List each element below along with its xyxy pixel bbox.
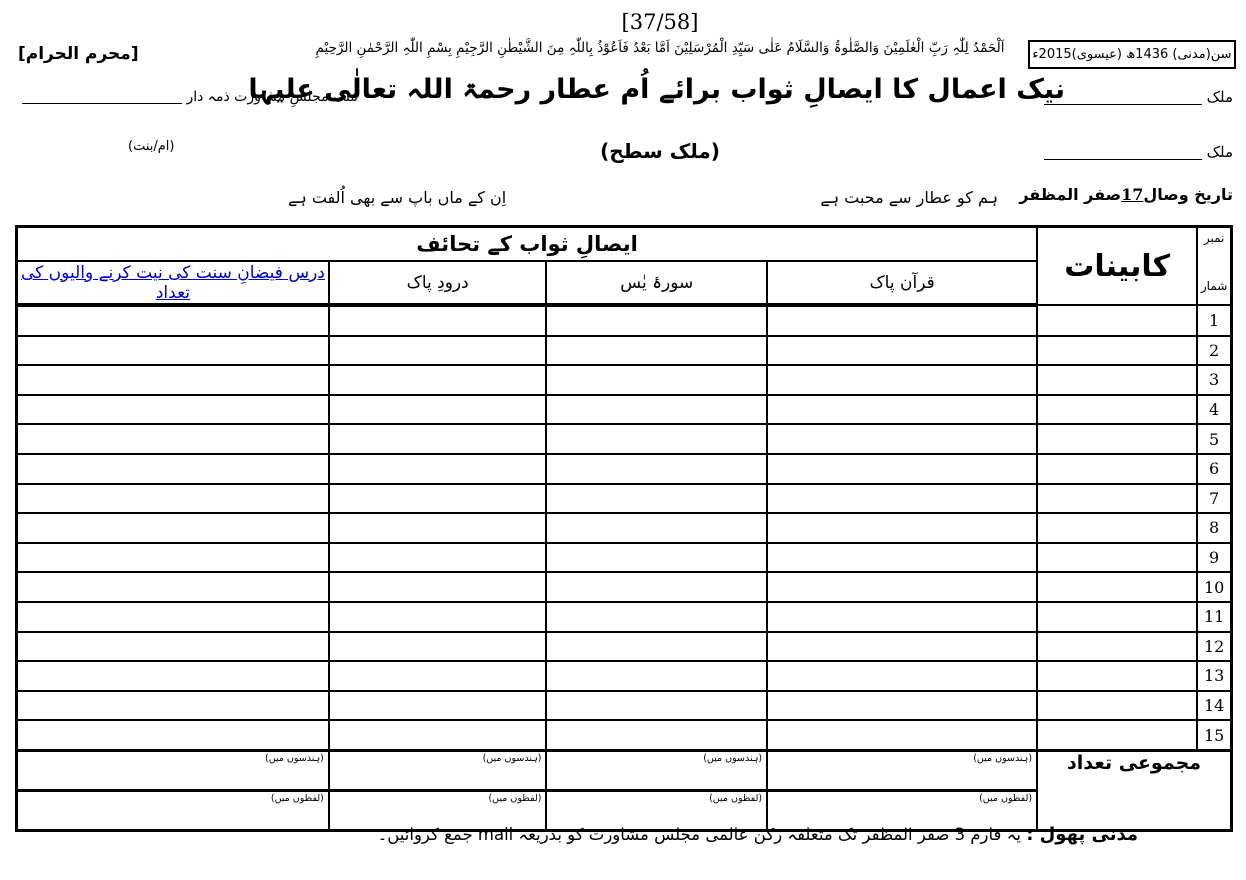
durood-cell	[329, 365, 547, 395]
surah-yaseen-cell	[546, 424, 767, 454]
level-subtitle: (ملک سطح)	[290, 139, 1030, 163]
durood-cell	[329, 661, 547, 691]
dars-count-cell	[17, 543, 329, 573]
quran-cell	[767, 454, 1037, 484]
serial-number-cell: 12	[1197, 632, 1231, 662]
surah-yaseen-cell	[546, 632, 767, 662]
quran-cell	[767, 424, 1037, 454]
dars-count-cell	[17, 365, 329, 395]
dars-count-cell	[17, 572, 329, 602]
table-row: 15	[17, 720, 1232, 750]
digits-note: (ہندسوں میں)	[330, 752, 546, 764]
table-row: 4	[17, 395, 1232, 425]
visal-date-suffix: صفر المظفر	[1019, 185, 1121, 204]
serial-header-top: نمبر	[1198, 231, 1230, 245]
serial-number-cell: 9	[1197, 543, 1231, 573]
serial-number-cell: 2	[1197, 336, 1231, 366]
responsible-blank-line	[22, 88, 182, 104]
responsible-field: ملک مجلسِ مشاورت ذمہ دار	[22, 88, 358, 105]
grand-total-label: مجموعی تعداد	[1037, 750, 1231, 830]
serial-number-cell: 14	[1197, 691, 1231, 721]
serial-number-cell: 11	[1197, 602, 1231, 632]
table-row: 7	[17, 484, 1232, 514]
kabinat-cell	[1037, 424, 1197, 454]
dars-count-cell	[17, 305, 329, 336]
durood-cell	[329, 691, 547, 721]
durood-cell	[329, 543, 547, 573]
surah-yaseen-cell	[546, 572, 767, 602]
quran-cell	[767, 720, 1037, 750]
durood-cell	[329, 720, 547, 750]
motto-left: اِن کے ماں باپ سے بھی اُلفت ہے	[288, 188, 506, 207]
dars-total-digits-cell: (ہندسوں میں)	[17, 750, 329, 790]
quran-cell	[767, 602, 1037, 632]
surah-yaseen-cell	[546, 543, 767, 573]
country-blank-line-1	[1044, 89, 1202, 105]
surah-yaseen-cell	[546, 602, 767, 632]
table-row: 12	[17, 632, 1232, 662]
table-row: 9	[17, 543, 1232, 573]
column-header-quran: قرآن پاک	[767, 261, 1037, 305]
quran-cell	[767, 365, 1037, 395]
relation-label: (ام/بنت)	[128, 139, 175, 154]
quran-cell	[767, 572, 1037, 602]
dars-count-cell	[17, 395, 329, 425]
quran-cell	[767, 632, 1037, 662]
table-row: 10	[17, 572, 1232, 602]
table-body: 1 2 3 4 5	[17, 305, 1232, 750]
words-note: (لفظوں میں)	[18, 792, 328, 804]
responsible-label: ملک مجلسِ مشاورت ذمہ دار	[186, 89, 357, 105]
dars-total-words-cell: (لفظوں میں)	[17, 790, 329, 830]
surah-yaseen-cell	[546, 395, 767, 425]
durood-cell	[329, 602, 547, 632]
table-row: 5	[17, 424, 1232, 454]
serial-number-cell: 4	[1197, 395, 1231, 425]
table-row: 14	[17, 691, 1232, 721]
quran-cell	[767, 484, 1037, 514]
dars-count-cell	[17, 484, 329, 514]
visal-date-line: تاریخ وصال17صفر المظفر	[1019, 185, 1233, 204]
serial-number-cell: 8	[1197, 513, 1231, 543]
year-box: سن(مدنی) 1436ھ (عیسوی)2015ء	[1028, 40, 1236, 69]
kabinat-cell	[1037, 454, 1197, 484]
country-field-1: ملک	[1044, 88, 1233, 106]
kabinat-cell	[1037, 395, 1197, 425]
durood-cell	[329, 632, 547, 662]
kabinat-cell	[1037, 484, 1197, 514]
dars-count-cell	[17, 424, 329, 454]
digits-note: (ہندسوں میں)	[768, 752, 1036, 764]
column-header-dars-count-text: درس فیضانِ سنت کی نیت کرنے والیوں کی تعد…	[21, 263, 325, 303]
table-banner: ایصالِ ثواب کے تحائف	[17, 227, 1038, 262]
digits-note: (ہندسوں میں)	[547, 752, 766, 764]
serial-number-cell: 15	[1197, 720, 1231, 750]
table-row: 6	[17, 454, 1232, 484]
motto-right: ہم کو عطار سے محبت ہے	[820, 188, 998, 207]
visal-date-day: 17	[1121, 185, 1143, 204]
words-note: (لفظوں میں)	[768, 792, 1036, 804]
quran-total-digits-cell: (ہندسوں میں)	[767, 750, 1037, 790]
quran-cell	[767, 305, 1037, 336]
isal-sawab-table: نمبر شمار کابینات ایصالِ ثواب کے تحائف ق…	[15, 225, 1233, 832]
table-row: 13	[17, 661, 1232, 691]
surah-yaseen-cell	[546, 484, 767, 514]
words-note: (لفظوں میں)	[330, 792, 546, 804]
table-row: 1	[17, 305, 1232, 336]
serial-number-cell: 3	[1197, 365, 1231, 395]
column-header-dars-count: درس فیضانِ سنت کی نیت کرنے والیوں کی تعد…	[17, 261, 329, 305]
footer-label: مدنی پھول :	[1026, 824, 1138, 845]
durood-cell	[329, 395, 547, 425]
surah-yaseen-cell	[546, 720, 767, 750]
dars-count-cell	[17, 336, 329, 366]
surah-total-digits-cell: (ہندسوں میں)	[546, 750, 767, 790]
country-label-2: ملک	[1207, 143, 1233, 161]
serial-number-cell: 5	[1197, 424, 1231, 454]
kabinat-cell	[1037, 602, 1197, 632]
words-note: (لفظوں میں)	[547, 792, 766, 804]
kabinat-cell	[1037, 365, 1197, 395]
surah-yaseen-cell	[546, 365, 767, 395]
kabinat-cell	[1037, 305, 1197, 336]
table-row: 8	[17, 513, 1232, 543]
durood-cell	[329, 305, 547, 336]
country-field-2: ملک	[1044, 143, 1233, 161]
durood-cell	[329, 513, 547, 543]
dars-count-cell	[17, 720, 329, 750]
quran-cell	[767, 336, 1037, 366]
kabinat-cell	[1037, 572, 1197, 602]
surah-yaseen-cell	[546, 305, 767, 336]
table-row: 3	[17, 365, 1232, 395]
dars-count-cell	[17, 513, 329, 543]
kabinat-cell	[1037, 661, 1197, 691]
durood-cell	[329, 572, 547, 602]
dars-count-cell	[17, 691, 329, 721]
totals-section: مجموعی تعداد (ہندسوں میں) (ہندسوں میں) (…	[17, 750, 1232, 830]
table-row: 2	[17, 336, 1232, 366]
kabinat-header: کابینات	[1037, 227, 1197, 306]
serial-number-cell: 7	[1197, 484, 1231, 514]
serial-number-cell: 13	[1197, 661, 1231, 691]
footer-text: یہ فارم 3 صفر المظفر تک متعلقہ رکن عالمی…	[378, 825, 1021, 844]
column-header-durood: درودِ پاک	[329, 261, 547, 305]
serial-number-cell: 6	[1197, 454, 1231, 484]
month-tag: [محرم الحرام]	[18, 44, 139, 64]
surah-yaseen-cell	[546, 691, 767, 721]
table-row: 11	[17, 602, 1232, 632]
column-header-surah-yaseen: سورۂ یٰس	[546, 261, 767, 305]
kabinat-cell	[1037, 720, 1197, 750]
quran-cell	[767, 661, 1037, 691]
kabinat-cell	[1037, 691, 1197, 721]
kabinat-cell	[1037, 632, 1197, 662]
page-reference: [37/58]	[290, 10, 1030, 34]
surah-yaseen-cell	[546, 336, 767, 366]
page-title: نیک اعمال کا ایصالِ ثواب برائے اُم عطار …	[255, 74, 1065, 105]
serial-number-header: نمبر شمار	[1197, 227, 1231, 306]
dars-count-cell	[17, 632, 329, 662]
footer-instruction: مدنی پھول : یہ فارم 3 صفر المظفر تک متعل…	[378, 824, 1138, 845]
durood-cell	[329, 484, 547, 514]
quran-cell	[767, 513, 1037, 543]
kabinat-cell	[1037, 513, 1197, 543]
serial-number-cell: 10	[1197, 572, 1231, 602]
kabinat-cell	[1037, 543, 1197, 573]
country-label-1: ملک	[1207, 88, 1233, 106]
kabinat-cell	[1037, 336, 1197, 366]
surah-yaseen-cell	[546, 454, 767, 484]
dars-count-cell	[17, 454, 329, 484]
totals-digits-row: مجموعی تعداد (ہندسوں میں) (ہندسوں میں) (…	[17, 750, 1232, 790]
arabic-praise-line: اَلْحَمْدُ لِلّٰہِ رَبِّ الْعٰلَمِیْنَ و…	[255, 40, 1065, 56]
dars-count-cell	[17, 602, 329, 632]
quran-cell	[767, 543, 1037, 573]
dars-count-cell	[17, 661, 329, 691]
serial-header-bottom: شمار	[1198, 279, 1230, 293]
durood-cell	[329, 336, 547, 366]
surah-yaseen-cell	[546, 513, 767, 543]
visal-date-prefix: تاریخ وصال	[1143, 185, 1233, 204]
surah-yaseen-cell	[546, 661, 767, 691]
durood-cell	[329, 424, 547, 454]
serial-number-cell: 1	[1197, 305, 1231, 336]
quran-cell	[767, 395, 1037, 425]
durood-cell	[329, 454, 547, 484]
digits-note: (ہندسوں میں)	[18, 752, 328, 764]
quran-cell	[767, 691, 1037, 721]
country-blank-line-2	[1044, 144, 1202, 160]
durood-total-digits-cell: (ہندسوں میں)	[329, 750, 547, 790]
